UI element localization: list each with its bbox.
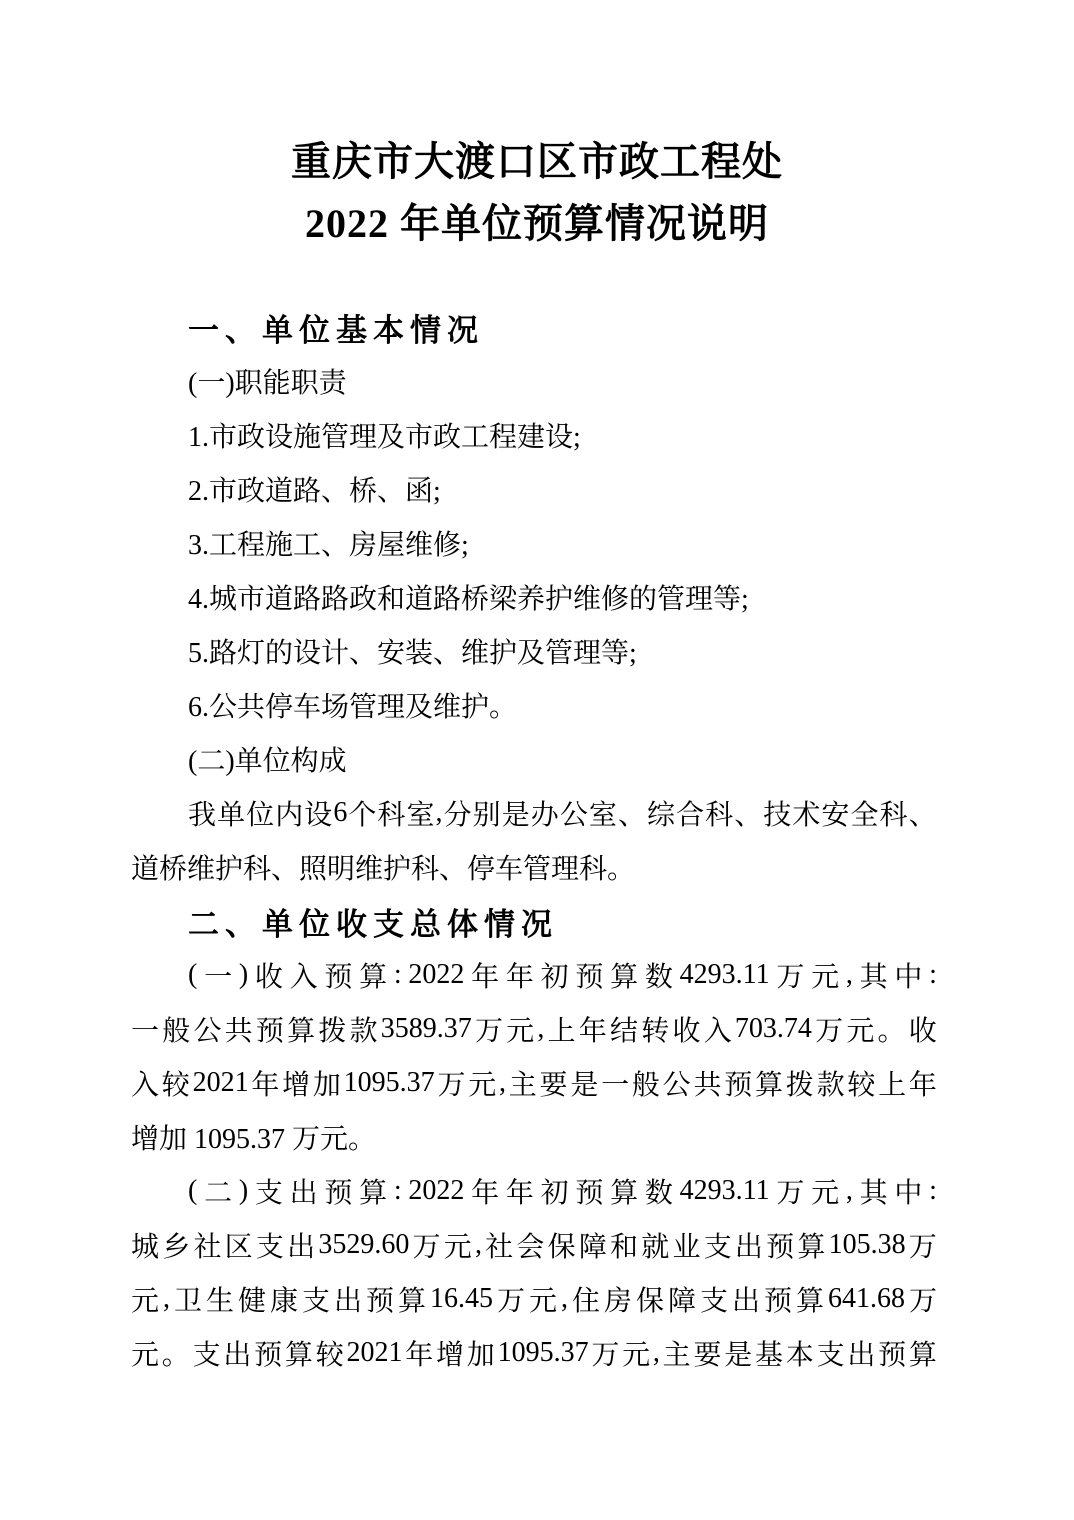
doc-body: 一、单位基本情况(一)职能职责1.市政设施管理及市政工程建设;2.市政道路、桥、… [131,300,937,1380]
text-line: 元,卫生健康支出预算16.45万元,住房保障支出预算641.68万 [131,1272,937,1326]
text-line: 6.公共停车场管理及维护。 [131,678,937,732]
document-title: 重庆市大渡口区市政工程处 2022 年单位预算情况说明 [0,131,1074,255]
text-line: 入较2021年增加1095.37万元,主要是一般公共预算拨款较上年 [131,1056,937,1110]
text-line: (一)职能职责 [131,354,937,408]
text-line: 元。支出预算较2021年增加1095.37万元,主要是基本支出预算 [131,1326,937,1380]
document-title-line2: 2022 年单位预算情况说明 [0,193,1074,255]
text-line: 我单位内设6个科室,分别是办公室、综合科、技术安全科、 [131,786,937,840]
text-line: (二)支出预算:2022年年初预算数4293.11万元,其中: [131,1164,937,1218]
text-line: 道桥维护科、照明维护科、停车管理科。 [131,840,937,894]
text-line: (一)收入预算:2022年年初预算数4293.11万元,其中: [131,948,937,1002]
text-line: 1.市政设施管理及市政工程建设; [131,408,937,462]
document-title-line1: 重庆市大渡口区市政工程处 [0,131,1074,193]
section-heading: 二、单位收支总体情况 [131,894,937,948]
text-line: (二)单位构成 [131,732,937,786]
text-line: 3.工程施工、房屋维修; [131,516,937,570]
text-line: 增加 1095.37 万元。 [131,1110,937,1164]
text-line: 2.市政道路、桥、函; [131,462,937,516]
text-line: 5.路灯的设计、安装、维护及管理等; [131,624,937,678]
section-heading: 一、单位基本情况 [131,300,937,354]
text-line: 一般公共预算拨款3589.37万元,上年结转收入703.74万元。收 [131,1002,937,1056]
text-line: 城乡社区支出3529.60万元,社会保障和就业支出预算105.38万 [131,1218,937,1272]
text-line: 4.城市道路路政和道路桥梁养护维修的管理等; [131,570,937,624]
document-page: 重庆市大渡口区市政工程处 2022 年单位预算情况说明 一、单位基本情况(一)职… [0,0,1074,1520]
